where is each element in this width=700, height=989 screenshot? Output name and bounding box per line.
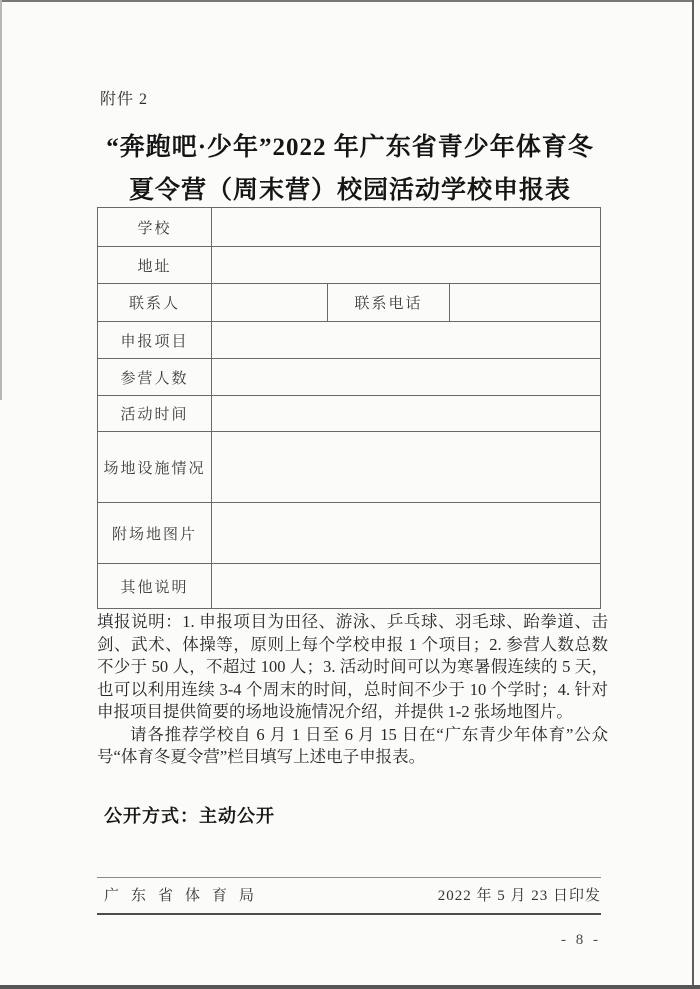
row-value-cell	[212, 432, 600, 502]
table-row-contact: 联系人 联系电话	[98, 283, 600, 321]
footer-issuer: 广东省体育局	[97, 884, 266, 905]
disclosure-line: 公开方式：主动公开	[104, 802, 275, 828]
table-row-participants: 参营人数	[98, 358, 600, 395]
table-row-other-notes: 其他说明	[98, 563, 600, 608]
row-value-cell	[212, 247, 600, 283]
contact-name-cell	[212, 284, 328, 321]
row-value-cell	[212, 208, 600, 246]
row-label: 联系人	[98, 284, 212, 321]
notes-para-2: 请各推荐学校自 6 月 1 日至 6 月 15 日在“广东青少年体育”公众号“体…	[97, 724, 608, 769]
table-row-school: 学校	[98, 208, 600, 246]
page-number: - 8 -	[0, 932, 601, 949]
row-value-cell	[212, 359, 600, 395]
row-label: 申报项目	[98, 322, 212, 358]
title-line-1: “奔跑吧·少年”2022 年广东省青少年体育冬	[0, 126, 700, 169]
scan-edge-top	[0, 0, 694, 2]
row-label: 活动时间	[98, 396, 212, 431]
contact-phone-cell	[450, 284, 600, 321]
title-line-2: 夏令营（周末营）校园活动学校申报表	[0, 169, 700, 212]
filling-instructions: 填报说明：1. 申报项目为田径、游泳、乒乓球、羽毛球、跆拳道、击剑、武术、体操等…	[97, 611, 608, 769]
row-label: 参营人数	[98, 359, 212, 395]
notes-para-1: 填报说明：1. 申报项目为田径、游泳、乒乓球、羽毛球、跆拳道、击剑、武术、体操等…	[97, 611, 608, 724]
attachment-label: 附件 2	[100, 86, 148, 109]
row-value-cell	[212, 503, 600, 563]
row-value-cell	[212, 322, 600, 358]
row-label: 学校	[98, 208, 212, 246]
scan-edge-bottom	[0, 985, 700, 989]
table-row-facilities: 场地设施情况	[98, 431, 600, 502]
table-row-address: 地址	[98, 246, 600, 283]
footer-issue-date: 2022 年 5 月 23 日印发	[438, 884, 601, 905]
scanned-document-page: 附件 2 “奔跑吧·少年”2022 年广东省青少年体育冬 夏令营（周末营）校园活…	[0, 0, 700, 989]
row-label: 场地设施情况	[98, 432, 212, 502]
table-row-project: 申报项目	[98, 321, 600, 358]
footer-row: 广东省体育局 2022 年 5 月 23 日印发	[97, 884, 601, 905]
row-label: 地址	[98, 247, 212, 283]
table-row-venue-photos: 附场地图片	[98, 502, 600, 563]
row-label: 附场地图片	[98, 503, 212, 563]
footer-divider-top	[97, 877, 601, 878]
application-form-table: 学校 地址 联系人 联系电话 申报项目 参营人数 活动时间 场地设施情况	[97, 207, 601, 609]
row-value-cell	[212, 396, 600, 431]
table-row-activity-time: 活动时间	[98, 395, 600, 431]
contact-phone-label: 联系电话	[328, 284, 450, 321]
row-value-cell	[212, 564, 600, 608]
footer-divider-bottom	[97, 913, 601, 915]
document-title: “奔跑吧·少年”2022 年广东省青少年体育冬 夏令营（周末营）校园活动学校申报…	[0, 126, 700, 212]
row-label: 其他说明	[98, 564, 212, 608]
